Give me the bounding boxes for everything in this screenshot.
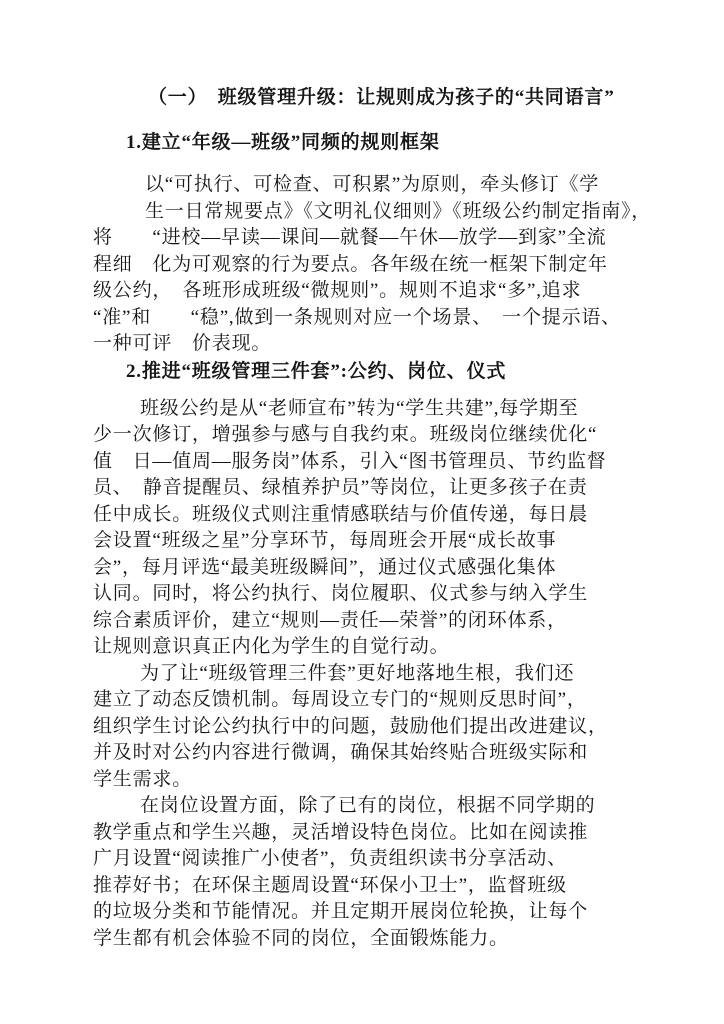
text-line: 员、 静音提醒员、绿植养护员”等岗位，让更多孩子在责: [93, 475, 631, 502]
text-line: 学生需求。: [93, 767, 631, 794]
text-line: 学生都有机会体验不同的岗位，全面锻炼能力。: [93, 926, 631, 953]
text-line: 班级公约是从“老师宣布”转为“学生共建”,每学期至: [93, 396, 631, 423]
text-line: 生一日常规要点》《文明礼仪细则》《班级公约制定指南》，: [93, 199, 631, 226]
section-heading: （一） 班级管理升级：让规则成为孩子的“共同语言”: [93, 84, 631, 111]
text-line: 组织学生讨论公约执行中的问题，鼓励他们提出改进建议，: [93, 714, 631, 741]
text-line: 程细 化为可观察的行为要点。各年级在统一框架下制定年: [93, 252, 631, 279]
text-line: 以“可执行、可检查、可积累”为原则，牵头修订《学: [93, 172, 631, 199]
text-line: 会”，每月评选“最美班级瞬间”，通过仪式感强化集体: [93, 555, 631, 582]
text-line: 综合素质评价，建立“规则—责任—荣誉”的闭环体系，: [93, 608, 631, 635]
text-line: 任中成长。班级仪式则注重情感联结与价值传递，每日晨: [93, 502, 631, 529]
text-line: 为了让“班级管理三件套”更好地落地生根，我们还: [93, 661, 631, 688]
text-line: 的垃圾分类和节能情况。并且定期开展岗位轮换，让每个: [93, 899, 631, 926]
document-content: （一） 班级管理升级：让规则成为孩子的“共同语言”1.建立“年级—班级”同频的规…: [0, 0, 631, 952]
paragraph: 以“可执行、可检查、可积累”为原则，牵头修订《学生一日常规要点》《文明礼仪细则》…: [93, 172, 631, 358]
text-line: 少一次修订，增强参与感与自我约束。班级岗位继续优化“: [93, 422, 631, 449]
text-line: 并及时对公约内容进行微调，确保其始终贴合班级实际和: [93, 740, 631, 767]
text-line: “准”和 “稳”,做到一条规则对应一个场景、 一个提示语、: [93, 305, 631, 332]
paragraph: 在岗位设置方面，除了已有的岗位，根据不同学期的教学重点和学生兴趣，灵活增设特色岗…: [93, 793, 631, 952]
subsection-heading: 1.建立“年级—班级”同频的规则框架: [93, 129, 631, 156]
paragraph: 班级公约是从“老师宣布”转为“学生共建”,每学期至少一次修订，增强参与感与自我约…: [93, 396, 631, 661]
text-line: 值 日—值周—服务岗”体系，引入“图书管理员、节约监督: [93, 449, 631, 476]
text-line: 会设置“班级之星”分享环节，每周班会开展“成长故事: [93, 528, 631, 555]
text-line: 广月设置“阅读推广小使者”，负责组织读书分享活动、: [93, 846, 631, 873]
text-line: 教学重点和学生兴趣，灵活增设特色岗位。比如在阅读推: [93, 820, 631, 847]
text-line: 在岗位设置方面，除了已有的岗位，根据不同学期的: [93, 793, 631, 820]
text-line: 让规则意识真正内化为学生的自觉行动。: [93, 634, 631, 661]
document-page: （一） 班级管理升级：让规则成为孩子的“共同语言”1.建立“年级—班级”同频的规…: [0, 0, 724, 1024]
text-line: 认同。同时，将公约执行、岗位履职、仪式参与纳入学生: [93, 581, 631, 608]
subsection-heading: 2.推进“班级管理三件套”:公约、岗位、仪式: [93, 358, 631, 385]
text-line: 级公约， 各班形成班级“微规则”。规则不追求“多”,追求: [93, 278, 631, 305]
text-line: 建立了动态反馈机制。每周设立专门的“规则反思时间”，: [93, 687, 631, 714]
text-line: 一种可评 价表现。: [93, 331, 631, 358]
text-line: 推荐好书；在环保主题周设置“环保小卫士”，监督班级: [93, 873, 631, 900]
paragraph: 为了让“班级管理三件套”更好地落地生根，我们还建立了动态反馈机制。每周设立专门的…: [93, 661, 631, 794]
text-line: 将 “进校—早读—课间—就餐—午休—放学—到家”全流: [93, 225, 631, 252]
